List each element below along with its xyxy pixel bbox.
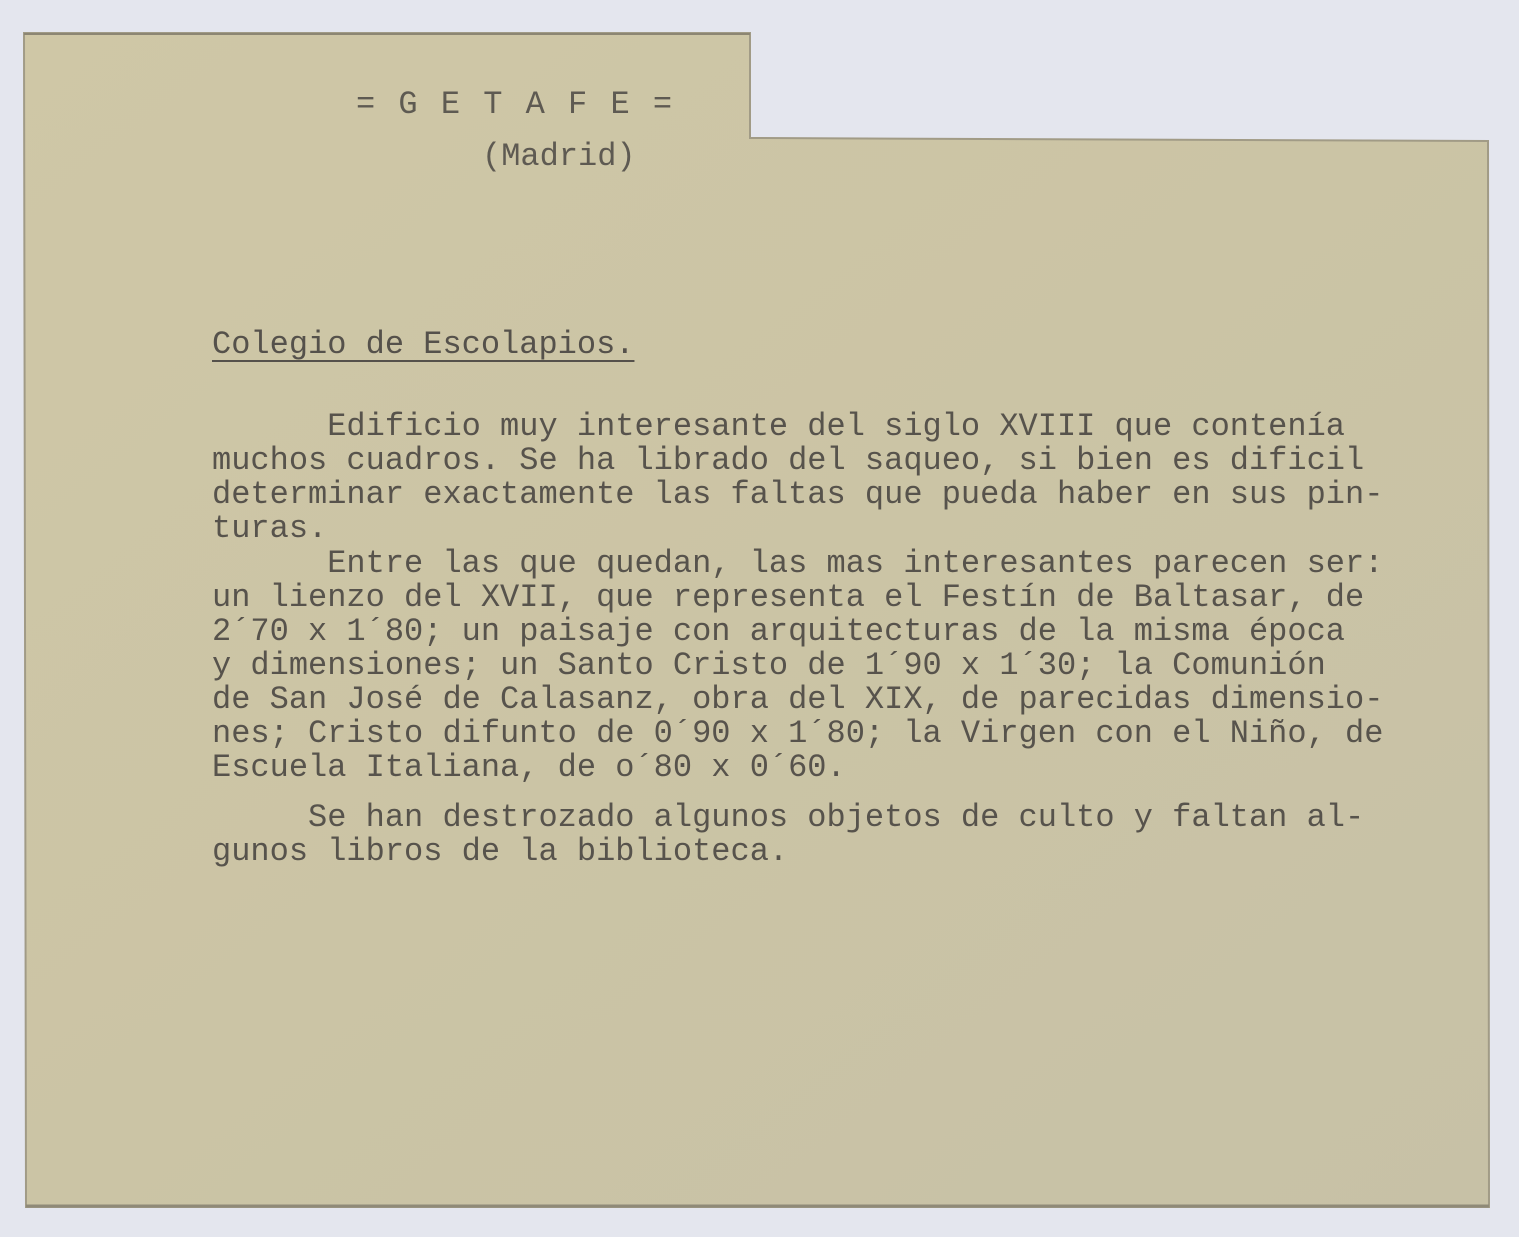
paragraph-1: Edificio muy interesante del siglo XVIII… [212, 410, 1383, 546]
paragraph-line: Se han destrozado algunos objetos de cul… [212, 801, 1364, 835]
section-heading: Colegio de Escolapios. [212, 326, 634, 363]
paragraph-line: determinar exactamente las faltas que pu… [212, 478, 1383, 512]
document-title: = G E T A F E = [356, 86, 674, 123]
paragraph-line: Entre las que quedan, las mas interesant… [212, 547, 1383, 581]
document-subtitle: (Madrid) [482, 138, 636, 175]
paragraph-line: 2´70 x 1´80; un paisaje con arquitectura… [212, 615, 1383, 649]
paragraph-2: Entre las que quedan, las mas interesant… [212, 547, 1383, 785]
paragraph-line: turas. [212, 512, 1383, 546]
paragraph-line: de San José de Calasanz, obra del XIX, d… [212, 683, 1383, 717]
paragraph-line: Escuela Italiana, de o´80 x 0´60. [212, 751, 1383, 785]
paragraph-3: Se han destrozado algunos objetos de cul… [212, 801, 1364, 869]
paragraph-line: muchos cuadros. Se ha librado del saqueo… [212, 444, 1383, 478]
paragraph-line: nes; Cristo difunto de 0´90 x 1´80; la V… [212, 717, 1383, 751]
paragraph-line: un lienzo del XVII, que representa el Fe… [212, 581, 1383, 615]
paragraph-line: y dimensiones; un Santo Cristo de 1´90 x… [212, 649, 1383, 683]
paragraph-line: Edificio muy interesante del siglo XVIII… [212, 410, 1383, 444]
paragraph-line: gunos libros de la biblioteca. [212, 835, 1364, 869]
